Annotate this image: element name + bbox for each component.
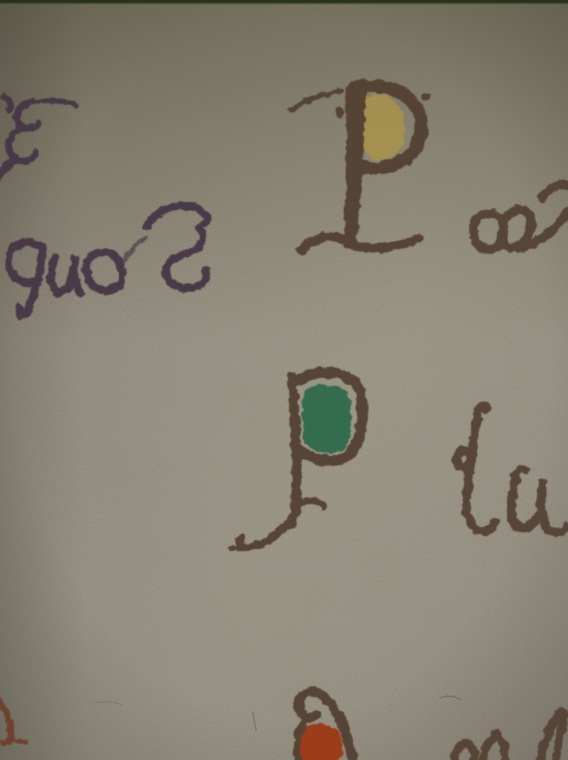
- red-pigment-fill: [298, 724, 343, 760]
- vignette: [0, 0, 568, 760]
- photo-top-edge-green-tint: [0, 3, 568, 5]
- p-teal-pigment-fill: [302, 385, 352, 454]
- p-tail-tip: [231, 547, 247, 549]
- p-dot-mark: [422, 93, 430, 101]
- p-entry-knot: [335, 107, 345, 117]
- manuscript-canvas: [0, 0, 568, 760]
- manuscript-photo: e (flourished letter fragment, cut at le…: [0, 0, 568, 760]
